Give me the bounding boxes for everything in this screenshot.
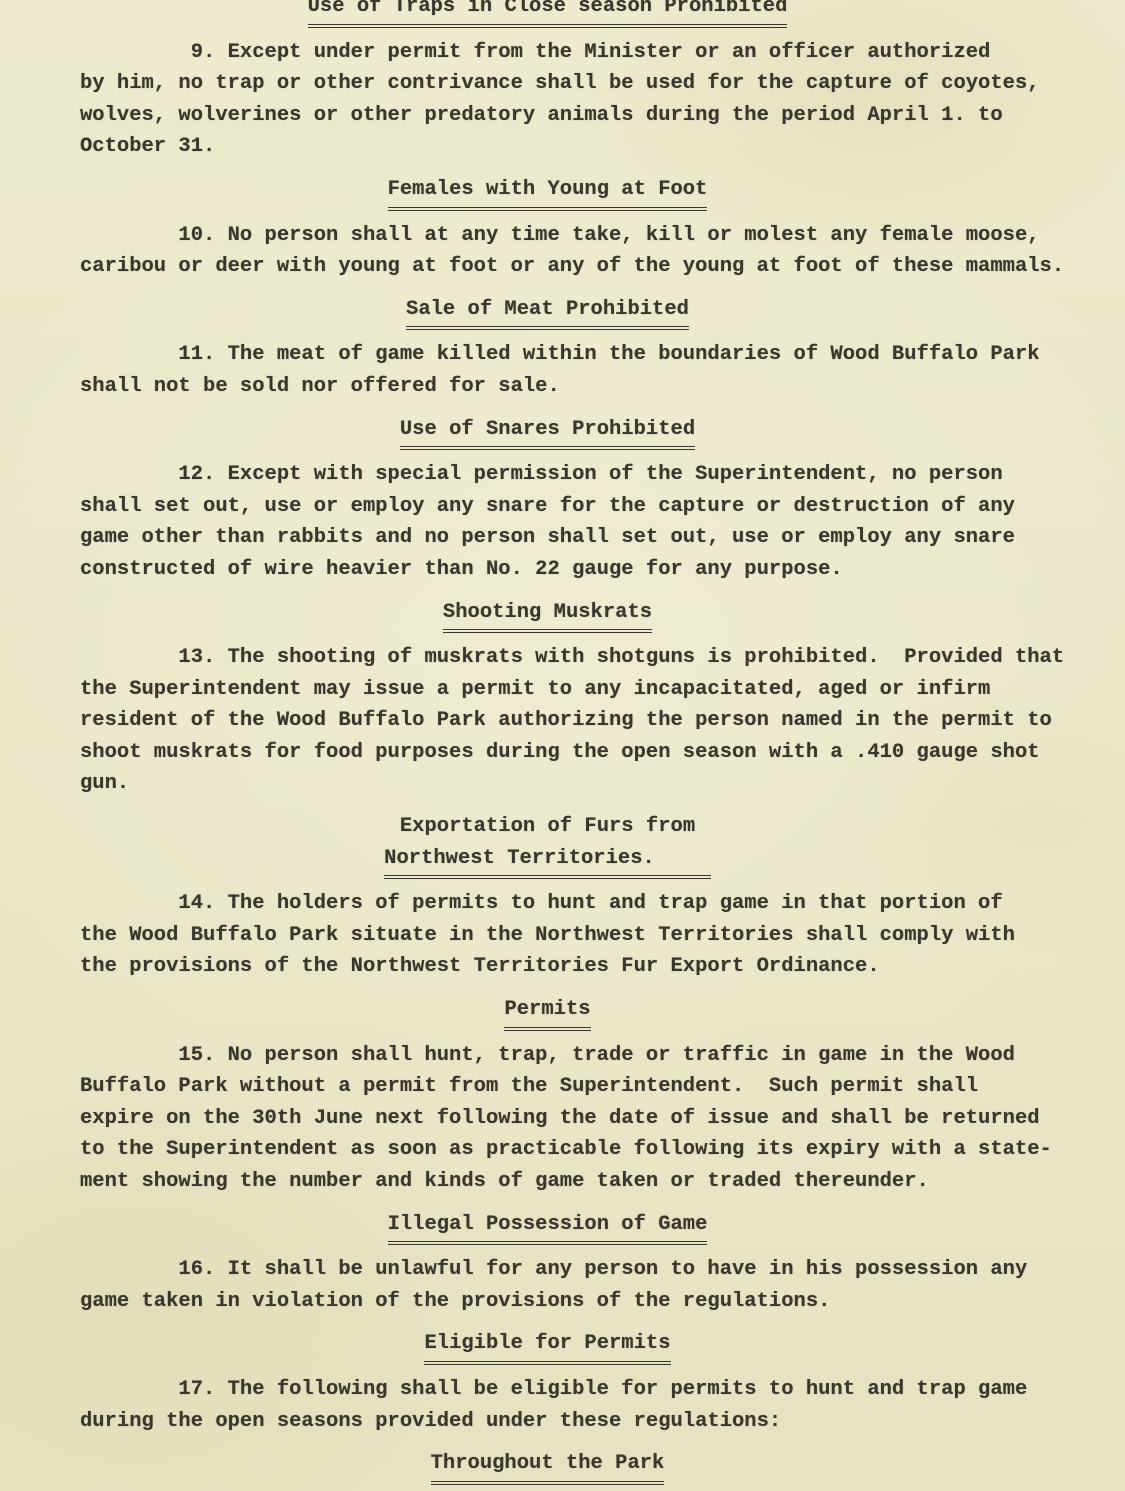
paragraph: 14. The holders of permits to hunt and t… xyxy=(80,888,1077,983)
text-line: 11. The meat of game killed within the b… xyxy=(80,339,1077,371)
section-heading: Use of Snares Prohibited xyxy=(0,414,1110,451)
text-line: to the Superintendent as soon as practic… xyxy=(80,1134,1077,1166)
text-line: the provisions of the Northwest Territor… xyxy=(80,951,1077,983)
heading-text: Eligible for Permits xyxy=(424,1328,670,1365)
paragraph: 10. No person shall at any time take, ki… xyxy=(80,220,1077,283)
text-line: 12. Except with special permission of th… xyxy=(80,459,1077,491)
heading-text: Northwest Territories. xyxy=(384,843,711,880)
text-line: 15. No person shall hunt, trap, trade or… xyxy=(80,1040,1077,1072)
paragraph: 16. It shall be unlawful for any person … xyxy=(80,1254,1077,1317)
text-line: 16. It shall be unlawful for any person … xyxy=(80,1254,1077,1286)
section-heading: Use of Traps in Close season Prohibited xyxy=(0,0,1110,28)
paragraph: 17. The following shall be eligible for … xyxy=(80,1374,1077,1437)
text-line: 10. No person shall at any time take, ki… xyxy=(80,220,1077,252)
text-line: by him, no trap or other contrivance sha… xyxy=(80,68,1077,100)
text-line: game other than rabbits and no person sh… xyxy=(80,522,1077,554)
heading-line: Use of Traps in Close season Prohibited xyxy=(0,0,1110,28)
text-line: game taken in violation of the provision… xyxy=(80,1286,1077,1318)
text-line: the Wood Buffalo Park situate in the Nor… xyxy=(80,920,1077,952)
heading-text: Sale of Meat Prohibited xyxy=(406,294,689,331)
heading-text: Shooting Muskrats xyxy=(443,597,652,634)
text-line: resident of the Wood Buffalo Park author… xyxy=(80,705,1077,737)
heading-line: Eligible for Permits xyxy=(0,1328,1110,1365)
section-heading: Throughout the Park xyxy=(0,1448,1110,1485)
heading-text: Use of Traps in Close season Prohibited xyxy=(308,0,788,28)
text-line: constructed of wire heavier than No. 22 … xyxy=(80,554,1077,586)
heading-line: Shooting Muskrats xyxy=(0,597,1110,634)
text-line: ment showing the number and kinds of gam… xyxy=(80,1166,1077,1198)
text-line: 14. The holders of permits to hunt and t… xyxy=(80,888,1077,920)
text-line: shall not be sold nor offered for sale. xyxy=(80,371,1077,403)
text-line: expire on the 30th June next following t… xyxy=(80,1103,1077,1135)
section-heading: Exportation of Furs fromNorthwest Territ… xyxy=(0,811,1110,879)
section-heading: Shooting Muskrats xyxy=(0,597,1110,634)
text-line: 13. The shooting of muskrats with shotgu… xyxy=(80,642,1077,674)
section-heading: Permits xyxy=(0,994,1110,1031)
text-line: 9. Except under permit from the Minister… xyxy=(80,37,1077,69)
section-heading: Females with Young at Foot xyxy=(0,174,1110,211)
heading-line: Use of Snares Prohibited xyxy=(0,414,1110,451)
heading-text: Use of Snares Prohibited xyxy=(400,414,695,451)
text-line: during the open seasons provided under t… xyxy=(80,1406,1077,1438)
text-line: shoot muskrats for food purposes during … xyxy=(80,737,1077,769)
section-heading: Sale of Meat Prohibited xyxy=(0,294,1110,331)
paragraph: 11. The meat of game killed within the b… xyxy=(80,339,1077,402)
heading-text: Permits xyxy=(504,994,590,1031)
text-line: Buffalo Park without a permit from the S… xyxy=(80,1071,1077,1103)
heading-line: Throughout the Park xyxy=(0,1448,1110,1485)
heading-line: Northwest Territories. xyxy=(0,843,1110,880)
heading-text: Throughout the Park xyxy=(431,1448,665,1485)
paragraph: 12. Except with special permission of th… xyxy=(80,459,1077,585)
paragraph: 9. Except under permit from the Minister… xyxy=(80,37,1077,163)
heading-text: Exportation of Furs from xyxy=(400,811,695,843)
heading-line: Females with Young at Foot xyxy=(0,174,1110,211)
text-line: October 31. xyxy=(80,131,1077,163)
text-line: caribou or deer with young at foot or an… xyxy=(80,251,1077,283)
heading-text: Females with Young at Foot xyxy=(388,174,708,211)
heading-line: Illegal Possession of Game xyxy=(0,1209,1110,1246)
text-line: 17. The following shall be eligible for … xyxy=(80,1374,1077,1406)
section-heading: Illegal Possession of Game xyxy=(0,1209,1110,1246)
heading-line: Exportation of Furs from xyxy=(0,811,1110,843)
document-page: Use of Traps in Close season Prohibited … xyxy=(0,0,1125,1491)
text-line: the Superintendent may issue a permit to… xyxy=(80,674,1077,706)
heading-line: Sale of Meat Prohibited xyxy=(0,294,1110,331)
heading-line: Permits xyxy=(0,994,1110,1031)
paragraph: 13. The shooting of muskrats with shotgu… xyxy=(80,642,1077,800)
heading-text: Illegal Possession of Game xyxy=(388,1209,708,1246)
text-line: gun. xyxy=(80,768,1077,800)
text-line: shall set out, use or employ any snare f… xyxy=(80,491,1077,523)
section-heading: Eligible for Permits xyxy=(0,1328,1110,1365)
paragraph: 15. No person shall hunt, trap, trade or… xyxy=(80,1040,1077,1198)
text-line: wolves, wolverines or other predatory an… xyxy=(80,100,1077,132)
